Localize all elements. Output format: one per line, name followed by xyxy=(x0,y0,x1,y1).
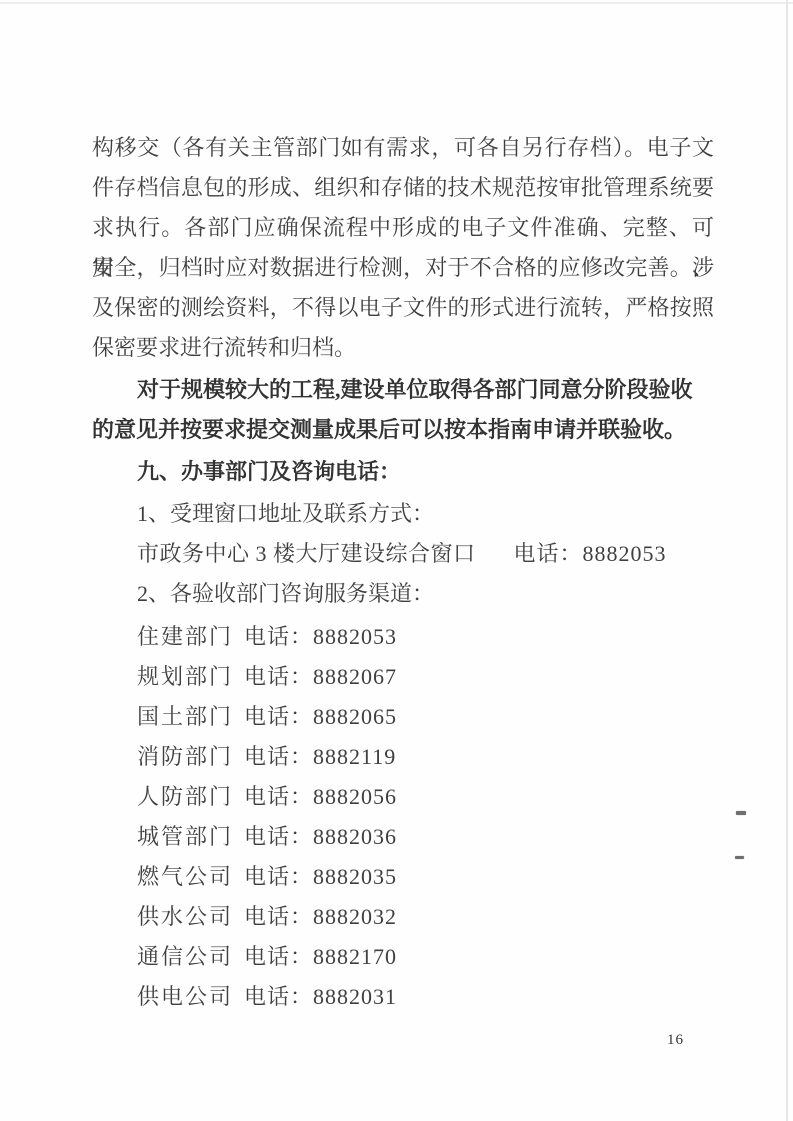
department-contact-list: 住建部门电话：8882053 规划部门电话：8882067 国土部门电话：888… xyxy=(92,617,714,1017)
department-row: 规划部门电话：8882067 xyxy=(137,657,714,697)
body-line: 件存档信息包的形成、组织和存储的技术规范按审批管理系统要 xyxy=(92,168,714,208)
department-row: 通信公司电话：8882170 xyxy=(137,937,714,977)
phone-number: 8882053 xyxy=(313,624,397,649)
scan-speck xyxy=(735,856,744,859)
scan-top-edge-line xyxy=(0,2,793,4)
phone-number: 8882036 xyxy=(313,824,397,849)
department-row: 燃气公司电话：8882035 xyxy=(137,857,714,897)
phone-label: 电话： xyxy=(244,744,313,769)
body-line: 求执行。各部门应确保流程中形成的电子文件准确、完整、可用、 xyxy=(92,208,714,248)
department-name: 供电公司 xyxy=(137,977,244,1017)
department-name: 人防部门 xyxy=(137,777,244,817)
department-name: 规划部门 xyxy=(137,657,244,697)
department-row: 人防部门电话：8882056 xyxy=(137,777,714,817)
body-line-bold: 对于规模较大的工程,建设单位取得各部门同意分阶段验收 xyxy=(92,370,714,410)
phone-label: 电话： xyxy=(244,904,313,929)
phone-number: 8882056 xyxy=(313,784,397,809)
service-window-location: 市政务中心 3 楼大厅建设综合窗口 xyxy=(137,541,476,566)
phone-label: 电话： xyxy=(244,824,313,849)
item1-heading: 1、受理窗口地址及联系方式： xyxy=(92,494,714,534)
phone-label: 电话： xyxy=(244,704,313,729)
scan-right-edge-line xyxy=(786,0,788,1121)
body-line: 及保密的测绘资料，不得以电子文件的形式进行流转，严格按照 xyxy=(92,288,714,328)
phone-number: 8882053 xyxy=(583,541,667,566)
page-number: 16 xyxy=(667,1032,684,1049)
document-body: 构移交（各有关主管部门如有需求，可各自另行存档）。电子文 件存档信息包的形成、组… xyxy=(92,128,714,1017)
item2-heading: 2、各验收部门咨询服务渠道： xyxy=(92,574,714,614)
body-line-bold: 的意见并按要求提交测量成果后可以按本指南申请并联验收。 xyxy=(92,410,714,450)
phone-label: 电话： xyxy=(514,541,583,566)
phone-label: 电话： xyxy=(244,864,313,889)
paragraph-archive: 构移交（各有关主管部门如有需求，可各自另行存档）。电子文 件存档信息包的形成、组… xyxy=(92,128,714,368)
service-window-line: 市政务中心 3 楼大厅建设综合窗口电话：8882053 xyxy=(92,534,714,574)
department-row: 国土部门电话：8882065 xyxy=(137,697,714,737)
department-row: 消防部门电话：8882119 xyxy=(137,737,714,777)
department-name: 住建部门 xyxy=(137,617,244,657)
phone-number: 8882035 xyxy=(313,864,397,889)
body-line: 保密要求进行流转和归档。 xyxy=(92,328,714,368)
phone-label: 电话： xyxy=(244,664,313,689)
department-name: 消防部门 xyxy=(137,737,244,777)
department-row: 供电公司电话：8882031 xyxy=(137,977,714,1017)
body-line: 构移交（各有关主管部门如有需求，可各自另行存档）。电子文 xyxy=(92,128,714,168)
department-name: 燃气公司 xyxy=(137,857,244,897)
paragraph-large-project: 对于规模较大的工程,建设单位取得各部门同意分阶段验收 的意见并按要求提交测量成果… xyxy=(92,370,714,450)
department-name: 供水公司 xyxy=(137,897,244,937)
department-row: 住建部门电话：8882053 xyxy=(137,617,714,657)
scanned-document-page: 构移交（各有关主管部门如有需求，可各自另行存档）。电子文 件存档信息包的形成、组… xyxy=(0,0,793,1121)
phone-label: 电话： xyxy=(244,944,313,969)
phone-number: 8882119 xyxy=(313,744,396,769)
phone-number: 8882031 xyxy=(313,984,397,1009)
department-name: 城管部门 xyxy=(137,817,244,857)
phone-label: 电话： xyxy=(244,624,313,649)
department-row: 供水公司电话：8882032 xyxy=(137,897,714,937)
department-row: 城管部门电话：8882036 xyxy=(137,817,714,857)
phone-label: 电话： xyxy=(244,984,313,1009)
phone-number: 8882067 xyxy=(313,664,397,689)
phone-number: 8882065 xyxy=(313,704,397,729)
phone-number: 8882170 xyxy=(313,944,397,969)
department-name: 国土部门 xyxy=(137,697,244,737)
department-name: 通信公司 xyxy=(137,937,244,977)
body-line: 安全，归档时应对数据进行检测，对于不合格的应修改完善。涉 xyxy=(92,248,714,288)
section-heading: 九、办事部门及咨询电话： xyxy=(92,452,714,492)
phone-label: 电话： xyxy=(244,784,313,809)
phone-number: 8882032 xyxy=(313,904,397,929)
scan-speck xyxy=(736,811,746,815)
